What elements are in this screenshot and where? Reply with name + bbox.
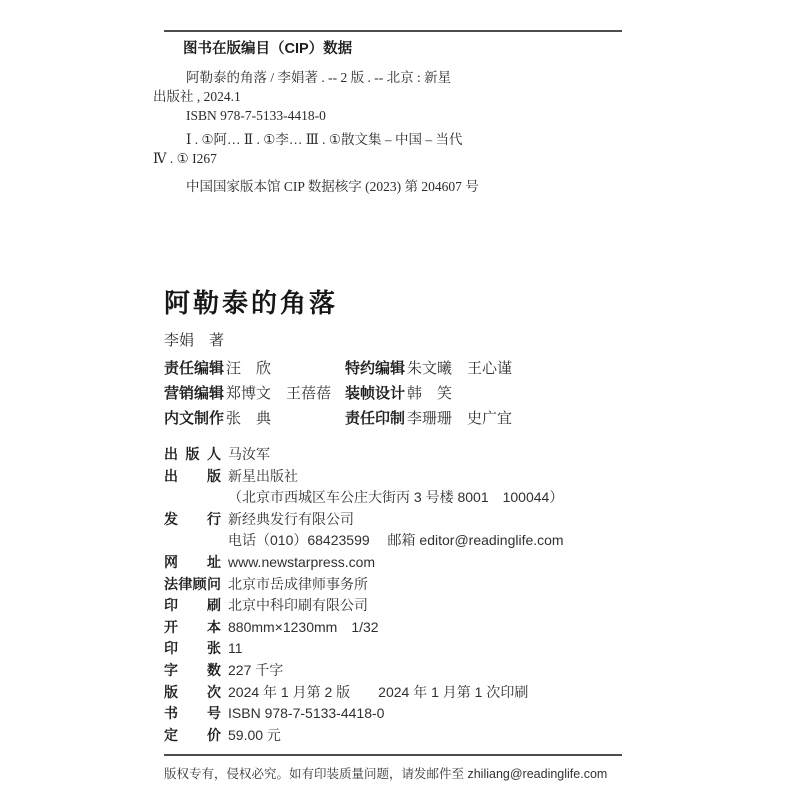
credit-value-print-supervisor: 李珊珊 史广宜 (407, 406, 624, 431)
cip-classification-line-2: Ⅳ . ① I267 (153, 149, 641, 168)
cip-classification-line-1: Ⅰ . ①阿… Ⅱ . ①李… Ⅲ . ①散文集 – 中国 – 当代 (153, 130, 641, 149)
credit-value-marketing-editor: 郑博文 王蓓蓓 (226, 381, 345, 406)
pub-label (164, 487, 221, 509)
pub-label: 定价 (164, 725, 221, 747)
pub-row-publisher-address: （北京市西城区车公庄大街丙 3 号楼 8001 100044） (164, 487, 634, 509)
pub-label: 印刷 (164, 595, 221, 617)
pub-value: 马汝军 (228, 444, 634, 466)
credit-value-contributing-editor: 朱文曦 王心谨 (407, 356, 624, 381)
pub-row-legal-counsel: 法律顾问 北京市岳成律师事务所 (164, 574, 634, 596)
publishing-block: 出版人 马汝军 出版 新星出版社 （北京市西城区车公庄大街丙 3 号楼 8001… (164, 444, 634, 746)
pub-label: 网址 (164, 552, 221, 574)
pub-row-publisher: 出版 新星出版社 (164, 466, 634, 488)
bottom-divider (164, 754, 622, 756)
pub-value: ISBN 978-7-5133-4418-0 (228, 703, 634, 725)
pub-row-edition: 版次 2024 年 1 月第 2 版 2024 年 1 月第 1 次印刷 (164, 682, 634, 704)
credit-value-responsible-editor: 汪 欣 (226, 356, 345, 381)
credit-row: 营销编辑 郑博文 王蓓蓓 装帧设计 韩 笑 (164, 381, 624, 406)
pub-label (164, 530, 221, 552)
title-block: 阿勒泰的角落 李娟 著 (164, 289, 338, 350)
pub-row-isbn: 书号 ISBN 978-7-5133-4418-0 (164, 703, 634, 725)
pub-value: 北京市岳成律师事务所 (228, 574, 634, 596)
credit-label-print-supervisor: 责任印制 (345, 406, 407, 431)
cip-entry-line-2: 出版社 , 2024.1 (153, 87, 641, 106)
pub-label: 开本 (164, 617, 221, 639)
pub-value: 59.00 元 (228, 725, 634, 747)
pub-label: 法律顾问 (164, 574, 221, 596)
pub-value: 227 千字 (228, 660, 634, 682)
pub-value: 北京中科印刷有限公司 (228, 595, 634, 617)
pub-row-publisher-person: 出版人 马汝军 (164, 444, 634, 466)
pub-value: 电话（010）68423599 邮箱 editor@readinglife.co… (228, 530, 634, 552)
copyright-page: 图书在版编目（CIP）数据 阿勒泰的角落 / 李娟著 . -- 2 版 . --… (0, 0, 800, 800)
pub-row-distributor: 发行 新经典发行有限公司 (164, 509, 634, 531)
pub-row-website: 网址 www.newstarpress.com (164, 552, 634, 574)
copyright-notice: 版权专有，侵权必究。如有印装质量问题，请发邮件至 zhiliang@readin… (164, 764, 634, 782)
credit-label-responsible-editor: 责任编辑 (164, 356, 226, 381)
pub-row-phone-email: 电话（010）68423599 邮箱 editor@readinglife.co… (164, 530, 634, 552)
cip-heading: 图书在版编目（CIP）数据 (183, 40, 641, 58)
credit-label-marketing-editor: 营销编辑 (164, 381, 226, 406)
credit-value-design: 韩 笑 (407, 381, 624, 406)
pub-label: 出版人 (164, 444, 221, 466)
top-divider (164, 30, 622, 32)
credit-label-typesetting: 内文制作 (164, 406, 226, 431)
pub-row-sheets: 印张 11 (164, 638, 634, 660)
credit-label-contributing-editor: 特约编辑 (345, 356, 407, 381)
credit-row: 内文制作 张 典 责任印制 李珊珊 史广宜 (164, 406, 624, 431)
pub-row-word-count: 字数 227 千字 (164, 660, 634, 682)
book-author: 李娟 著 (164, 329, 338, 350)
pub-row-printer: 印刷 北京中科印刷有限公司 (164, 595, 634, 617)
pub-value: 2024 年 1 月第 2 版 2024 年 1 月第 1 次印刷 (228, 682, 634, 704)
pub-value: 新星出版社 (228, 466, 634, 488)
credit-row: 责任编辑 汪 欣 特约编辑 朱文曦 王心谨 (164, 356, 624, 381)
cip-entry-line-1: 阿勒泰的角落 / 李娟著 . -- 2 版 . -- 北京 : 新星 (153, 68, 641, 87)
pub-label: 印张 (164, 638, 221, 660)
pub-row-format: 开本 880mm×1230mm 1/32 (164, 617, 634, 639)
cip-isbn-line: ISBN 978-7-5133-4418-0 (153, 106, 641, 125)
pub-label: 发行 (164, 509, 221, 531)
book-title: 阿勒泰的角落 (164, 289, 338, 318)
credits-block: 责任编辑 汪 欣 特约编辑 朱文曦 王心谨 营销编辑 郑博文 王蓓蓓 装帧设计 … (164, 356, 624, 431)
cip-registry-line: 中国国家版本馆 CIP 数据核字 (2023) 第 204607 号 (153, 177, 641, 196)
pub-value: 新经典发行有限公司 (228, 509, 634, 531)
credit-label-design: 装帧设计 (345, 381, 407, 406)
credit-value-typesetting: 张 典 (226, 406, 345, 431)
pub-value: www.newstarpress.com (228, 552, 634, 574)
pub-row-price: 定价 59.00 元 (164, 725, 634, 747)
pub-label: 版次 (164, 682, 221, 704)
pub-label: 出版 (164, 466, 221, 488)
cip-block: 图书在版编目（CIP）数据 阿勒泰的角落 / 李娟著 . -- 2 版 . --… (153, 40, 641, 196)
pub-label: 字数 (164, 660, 221, 682)
pub-value: 880mm×1230mm 1/32 (228, 617, 634, 639)
pub-value: 11 (228, 638, 634, 660)
pub-label: 书号 (164, 703, 221, 725)
pub-value: （北京市西城区车公庄大街丙 3 号楼 8001 100044） (228, 487, 634, 509)
